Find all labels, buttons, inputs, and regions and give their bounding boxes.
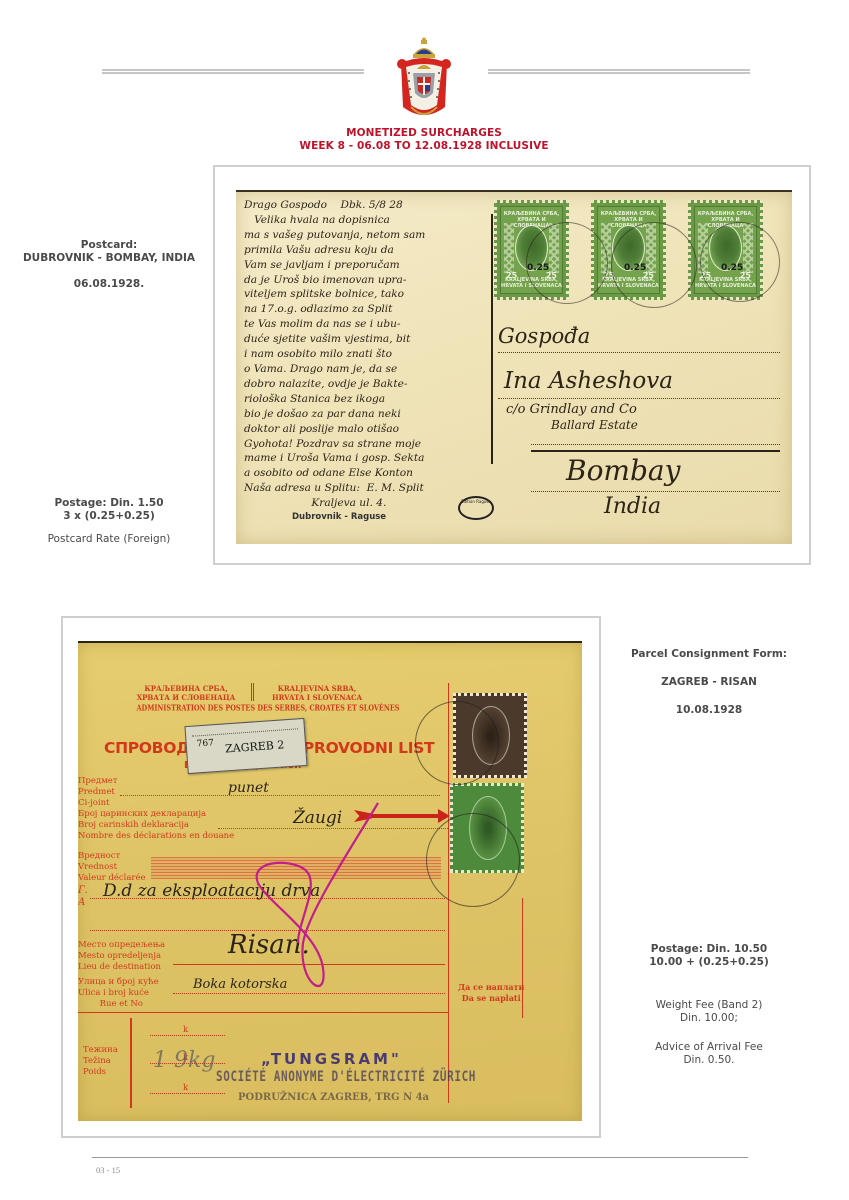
heading-line-1: MONETIZED SURCHARGES (224, 127, 624, 140)
message-line: da je Uroš bio imenovan upra- (244, 273, 425, 288)
label-weight: Тежина Težina Poids (83, 1045, 118, 1078)
header-rule-left (102, 69, 364, 74)
heading-line-2: WEEK 8 - 06.08 TO 12.08.1928 INCLUSIVE (224, 140, 624, 153)
postage-formula: 3 x (0.25+0.25) (0, 510, 218, 523)
address-rule-2 (498, 398, 780, 399)
label-number: 767 (196, 738, 214, 749)
message-line: Kraljeva ul. 4. (244, 496, 425, 511)
message-line: viteljem splitske bolnice, tako (244, 287, 425, 302)
caption-route: DUBROVNIK - BOMBAY, INDIA (0, 252, 218, 265)
form-header-cyrillic: КРАЉЕВИНА СРБА, ХРВАТА И СЛОВЕНАЦА (128, 684, 244, 702)
message-line: bio je došao za par dana neki (244, 407, 425, 422)
weight-divider (130, 1018, 132, 1108)
sender-cachet-line-3: PODRUŽNICA ZAGREB, TRG N 4a (238, 1092, 429, 1103)
address-line-2: Ina Asheshova (504, 368, 673, 394)
form-header-latin: KRALJEVINA SRBA, HRVATA I SLOVENACA (258, 684, 376, 702)
caption-type: Parcel Consignment Form: (614, 648, 804, 661)
advice-fee-label: Advice of Arrival Fee (614, 1041, 804, 1054)
label-enclosure: Предмет Predmet Ci-joint (78, 776, 117, 809)
caption-date: 10.08.1928 (614, 704, 804, 717)
postcard-postage: Postage: Din. 1.50 3 x (0.25+0.25) Postc… (0, 497, 218, 546)
form-header-separator (251, 683, 252, 701)
page-heading: MONETIZED SURCHARGES WEEK 8 - 06.08 TO 1… (224, 127, 624, 153)
postmark-3 (700, 222, 780, 302)
message-line: Velika hvala na dopisnica (244, 213, 425, 228)
weight-unit-1: k (183, 1025, 188, 1036)
postage-formula: 10.00 + (0.25+0.25) (614, 956, 804, 969)
message-line: Drago Gospodo Dbk. 5/8 28 (244, 198, 425, 213)
postmark-zagreb-lower (426, 813, 520, 907)
message-line: mame i Uroša Vama i gosp. Sekta (244, 451, 425, 466)
arrow-head (438, 809, 450, 823)
header-rule-right (488, 69, 750, 74)
stamp-ornament (504, 223, 514, 273)
postmark-2 (611, 222, 697, 308)
caption-date: 06.08.1928. (0, 278, 218, 291)
postcard-imprint: Dubrovnik - Raguse (292, 512, 386, 522)
label-addressee: Г. A (78, 885, 88, 909)
label-customs: Број царинских декларација Broj carinski… (78, 809, 234, 842)
label-street: Улица и број куће Ulica i broj kuće Rue … (78, 977, 159, 1010)
message-line: Gyohota! Pozdrav sa strane moje (244, 437, 425, 452)
address-line-6: India (604, 494, 661, 519)
address-line-4: Ballard Estate (551, 418, 638, 432)
weight-unit-3: k (183, 1083, 188, 1094)
message-line: doktor ali poslije malo otišao (244, 422, 425, 437)
message-line: a osobito od odane Else Konton (244, 466, 425, 481)
sender-cachet-line-2: SOCIÉTÉ ANONYME D'ÉLECTRICITÉ ZÜRICH (216, 1068, 476, 1085)
royal-coat-of-arms-icon (397, 37, 451, 125)
message-line: o Vama. Drago nam je, da se (244, 362, 425, 377)
label-destination: Место опредељења Mesto opredeljenja Lieu… (78, 940, 165, 973)
address-rule-5 (531, 491, 780, 492)
parcel-postage: Postage: Din. 10.50 10.00 + (0.25+0.25) … (614, 943, 804, 1067)
address-line-3: c/o Grindlay and Co (506, 402, 637, 417)
address-line-5: Bombay (566, 454, 680, 487)
postage-amount: Postage: Din. 10.50 (614, 943, 804, 956)
message-line: dobro nalazite, ovdje je Bakte- (244, 377, 425, 392)
label-cod: Да се наплати Da se naplati (458, 982, 524, 1004)
label-value: Вредност Vrednost Valeur déclarée (78, 851, 146, 884)
postcard-caption: Postcard: DUBROVNIK - BOMBAY, INDIA 06.0… (0, 239, 218, 291)
postcard-message: Drago Gospodo Dbk. 5/8 28 Velika hvala n… (244, 198, 425, 511)
postmark-1 (526, 222, 608, 304)
address-rule-4 (531, 450, 780, 452)
label-dotted-line (192, 728, 298, 736)
publisher-stamp: Edition Ragusa (458, 496, 494, 520)
address-rule-3 (531, 444, 780, 445)
page-number: 03 - 15 (96, 1165, 120, 1175)
advice-fee-value: Din. 0.50. (614, 1054, 804, 1067)
sender-cachet-line-1: „TUNGSRAM" (261, 1050, 402, 1068)
message-line: primila Vašu adresu koju da (244, 243, 425, 258)
address-rule-1 (498, 352, 780, 353)
registration-label: 767 ZAGREB 2 (184, 718, 307, 774)
message-line: te Vas molim da nas se i ubu- (244, 317, 425, 332)
label-office: ZAGREB 2 (225, 738, 285, 755)
form-header-french: ADMINISTRATION DES POSTES DES SERBES, CR… (118, 703, 418, 715)
weight-value: 1 9kg (153, 1048, 215, 1073)
postcard-image: Drago Gospodo Dbk. 5/8 28 Velika hvala n… (236, 190, 792, 544)
pen-mark-figure-8 (228, 793, 388, 1013)
form-header-separator-2 (253, 683, 254, 701)
address-line-1: Gospođa (498, 324, 590, 348)
message-line: ma s vašeg putovanja, netom sam (244, 228, 425, 243)
postcard-frame: Drago Gospodo Dbk. 5/8 28 Velika hvala n… (213, 165, 811, 565)
parcel-form-image: КРАЉЕВИНА СРБА, ХРВАТА И СЛОВЕНАЦА KRALJ… (78, 641, 582, 1121)
weight-fee-value: Din. 10.00; (614, 1012, 804, 1025)
weight-fee-label: Weight Fee (Band 2) (614, 999, 804, 1012)
parcel-form-frame: КРАЉЕВИНА СРБА, ХРВАТА И СЛОВЕНАЦА KRALJ… (61, 616, 601, 1138)
message-line: Naša adresa u Splitu: E. M. Split (244, 481, 425, 496)
postage-amount: Postage: Din. 1.50 (0, 497, 218, 510)
postmark-zagreb-upper (415, 701, 499, 785)
postcard-divider (491, 214, 493, 464)
message-line: duće sjetite vašim vjestima, bit (244, 332, 425, 347)
message-line: Vam se javljam i preporučam (244, 258, 425, 273)
postage-rate: Postcard Rate (Foreign) (0, 533, 218, 546)
message-line: riološka Stanica bez ikoga (244, 392, 425, 407)
caption-type: Postcard: (0, 239, 218, 252)
caption-route: ZAGREB - RISAN (614, 676, 804, 689)
message-line: na 17.o.g. odlazimo za Split (244, 302, 425, 317)
parcel-caption: Parcel Consignment Form: ZAGREB - RISAN … (614, 648, 804, 717)
message-line: i nam osobito milo znati što (244, 347, 425, 362)
footer-rule (92, 1157, 748, 1158)
